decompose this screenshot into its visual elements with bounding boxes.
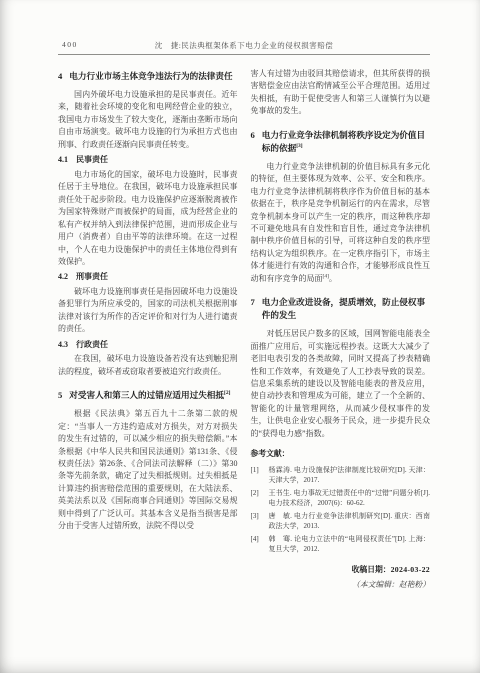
- reference-3-text: 唐 敏. 电力行业竞争法律机制研究[D]. 重庆：西南政法大学，2013.: [269, 511, 431, 532]
- reference-item-2: [2] 王书生. 电力事故无过错责任中的“过错”问题分析[J]. 电力技术经济，…: [251, 488, 431, 509]
- reference-item-4: [4] 韩 骞. 论电力立法中的“电网侵权责任”[D]. 上海：复旦大学，201…: [251, 534, 431, 555]
- section-5-title: 对受害人和第三人的过错应适用过失相抵: [69, 390, 224, 400]
- section-6-paragraph-text: 电力行业竞争法律机制的价值目标具有多元化的特征，但主要体现为效率、公平、安全和秩…: [251, 162, 431, 283]
- section-4-1-paragraph: 电力市场化的国家，破坏电力设施时，民事责任居于主导地位。在我国，破坏电力设施承担…: [58, 169, 238, 269]
- right-column: 害人有过错为由驳回其赔偿请求，但其所获得的损害赔偿金应由法官酌情减至公平合理范围…: [251, 68, 431, 591]
- section-4-2-paragraph: 破坏电力设施刑事责任是指因破坏电力设施设备犯罪行为所应承受的，国家的司法机关根据…: [58, 286, 238, 336]
- reference-item-1: [1] 杨霖涛. 电力设施保护法律制度比较研究[D]. 天津：天津大学，2017…: [251, 465, 431, 486]
- section-4-intro-paragraph: 国内外破坏电力设施承担的是民事责任。近年来，随着社会环境的变化和电网经营企业的独…: [58, 89, 238, 151]
- section-4-number: 4: [58, 70, 62, 83]
- section-7-heading: 7 电力企业改进设备，提质增效，防止侵权事件的发生: [251, 296, 431, 322]
- running-title: 沈 捷:民法典框架体系下电力企业的侵权损害赔偿: [58, 40, 430, 51]
- section-6-title-wrap: 电力行业竞争法律机制将秩序设定为价值目标的依据[3]: [262, 129, 430, 155]
- section-5-title-wrap: 对受害人和第三人的过错应适用过失相抵[2]: [69, 389, 230, 402]
- section-7-number: 7: [251, 296, 255, 322]
- section-5-paragraph: 根据《民法典》第五百九十二条第二款的规定：“当事人一方违约造成对方损失，对方对损…: [58, 408, 238, 533]
- two-column-body: 4 电力行业市场主体竞争违法行为的法律责任 国内外破坏电力设施承担的是民事责任。…: [58, 68, 430, 591]
- reference-3-label: [3]: [251, 511, 264, 532]
- section-6-citation-superscript: [3]: [296, 143, 302, 149]
- reference-2-label: [2]: [251, 488, 264, 509]
- running-header: 400 沈 捷:民法典框架体系下电力企业的侵权损害赔偿: [58, 40, 430, 51]
- section-4-3-heading: 4.3 行政责任: [58, 339, 238, 351]
- received-date-value: 2024-03-22: [391, 565, 430, 574]
- received-date-line: 收稿日期：2024-03-22: [251, 564, 431, 576]
- reference-1-label: [1]: [251, 465, 264, 486]
- header-rule: [58, 54, 430, 55]
- reference-2-text: 王书生. 电力事故无过错责任中的“过错”问题分析[J]. 电力技术经济，2007…: [269, 488, 431, 509]
- section-7-paragraph: 对低压居民户数多的区域，国网智能电能表全面推广应用后，可实施远程抄表。这既大大减…: [251, 328, 431, 440]
- left-column: 4 电力行业市场主体竞争违法行为的法律责任 国内外破坏电力设施承担的是民事责任。…: [58, 68, 238, 591]
- section-4-heading: 4 电力行业市场主体竞争违法行为的法律责任: [58, 70, 238, 83]
- section-6-paragraph-end: 。: [329, 274, 337, 283]
- scanned-paper-page: 400 沈 捷:民法典框架体系下电力企业的侵权损害赔偿 4 电力行业市场主体竞争…: [0, 0, 480, 673]
- reference-1-text: 杨霖涛. 电力设施保护法律制度比较研究[D]. 天津：天津大学，2017.: [269, 465, 431, 486]
- reference-item-3: [3] 唐 敏. 电力行业竞争法律机制研究[D]. 重庆：西南政法大学，2013…: [251, 511, 431, 532]
- section-5-paragraph-continuation: 害人有过错为由驳回其赔偿请求，但其所获得的损害赔偿金应由法官酌情减至公平合理范围…: [251, 68, 431, 118]
- references-heading: 参考文献：: [251, 448, 431, 460]
- section-6-heading: 6 电力行业竞争法律机制将秩序设定为价值目标的依据[3]: [251, 129, 431, 155]
- reference-4-label: [4]: [251, 534, 264, 555]
- section-5-number: 5: [58, 389, 62, 402]
- section-5-citation-superscript: [2]: [224, 390, 230, 396]
- section-4-2-heading: 4.2 刑事责任: [58, 271, 238, 283]
- section-4-3-paragraph: 在我国，破坏电力设施设备若没有达到触犯刑法的程度，破坏者或窃取者要被追究行政责任…: [58, 353, 238, 378]
- editor-note: （本文编辑：赵艳粉）: [251, 579, 431, 591]
- reference-4-text: 韩 骞. 论电力立法中的“电网侵权责任”[D]. 上海：复旦大学，2012.: [269, 534, 431, 555]
- section-6-paragraph: 电力行业竞争法律机制的价值目标具有多元化的特征，但主要体现为效率、公平、安全和秩…: [251, 161, 431, 286]
- section-6-title: 电力行业竞争法律机制将秩序设定为价值目标的依据: [262, 130, 425, 153]
- section-4-1-heading: 4.1 民事责任: [58, 154, 238, 166]
- section-5-heading: 5 对受害人和第三人的过错应适用过失相抵[2]: [58, 389, 238, 402]
- section-7-title: 电力企业改进设备，提质增效，防止侵权事件的发生: [262, 296, 430, 322]
- section-6-number: 6: [251, 129, 255, 155]
- received-date-label: 收稿日期：: [352, 565, 391, 574]
- section-4-title: 电力行业市场主体竞争违法行为的法律责任: [69, 70, 232, 83]
- page-number: 400: [62, 40, 78, 49]
